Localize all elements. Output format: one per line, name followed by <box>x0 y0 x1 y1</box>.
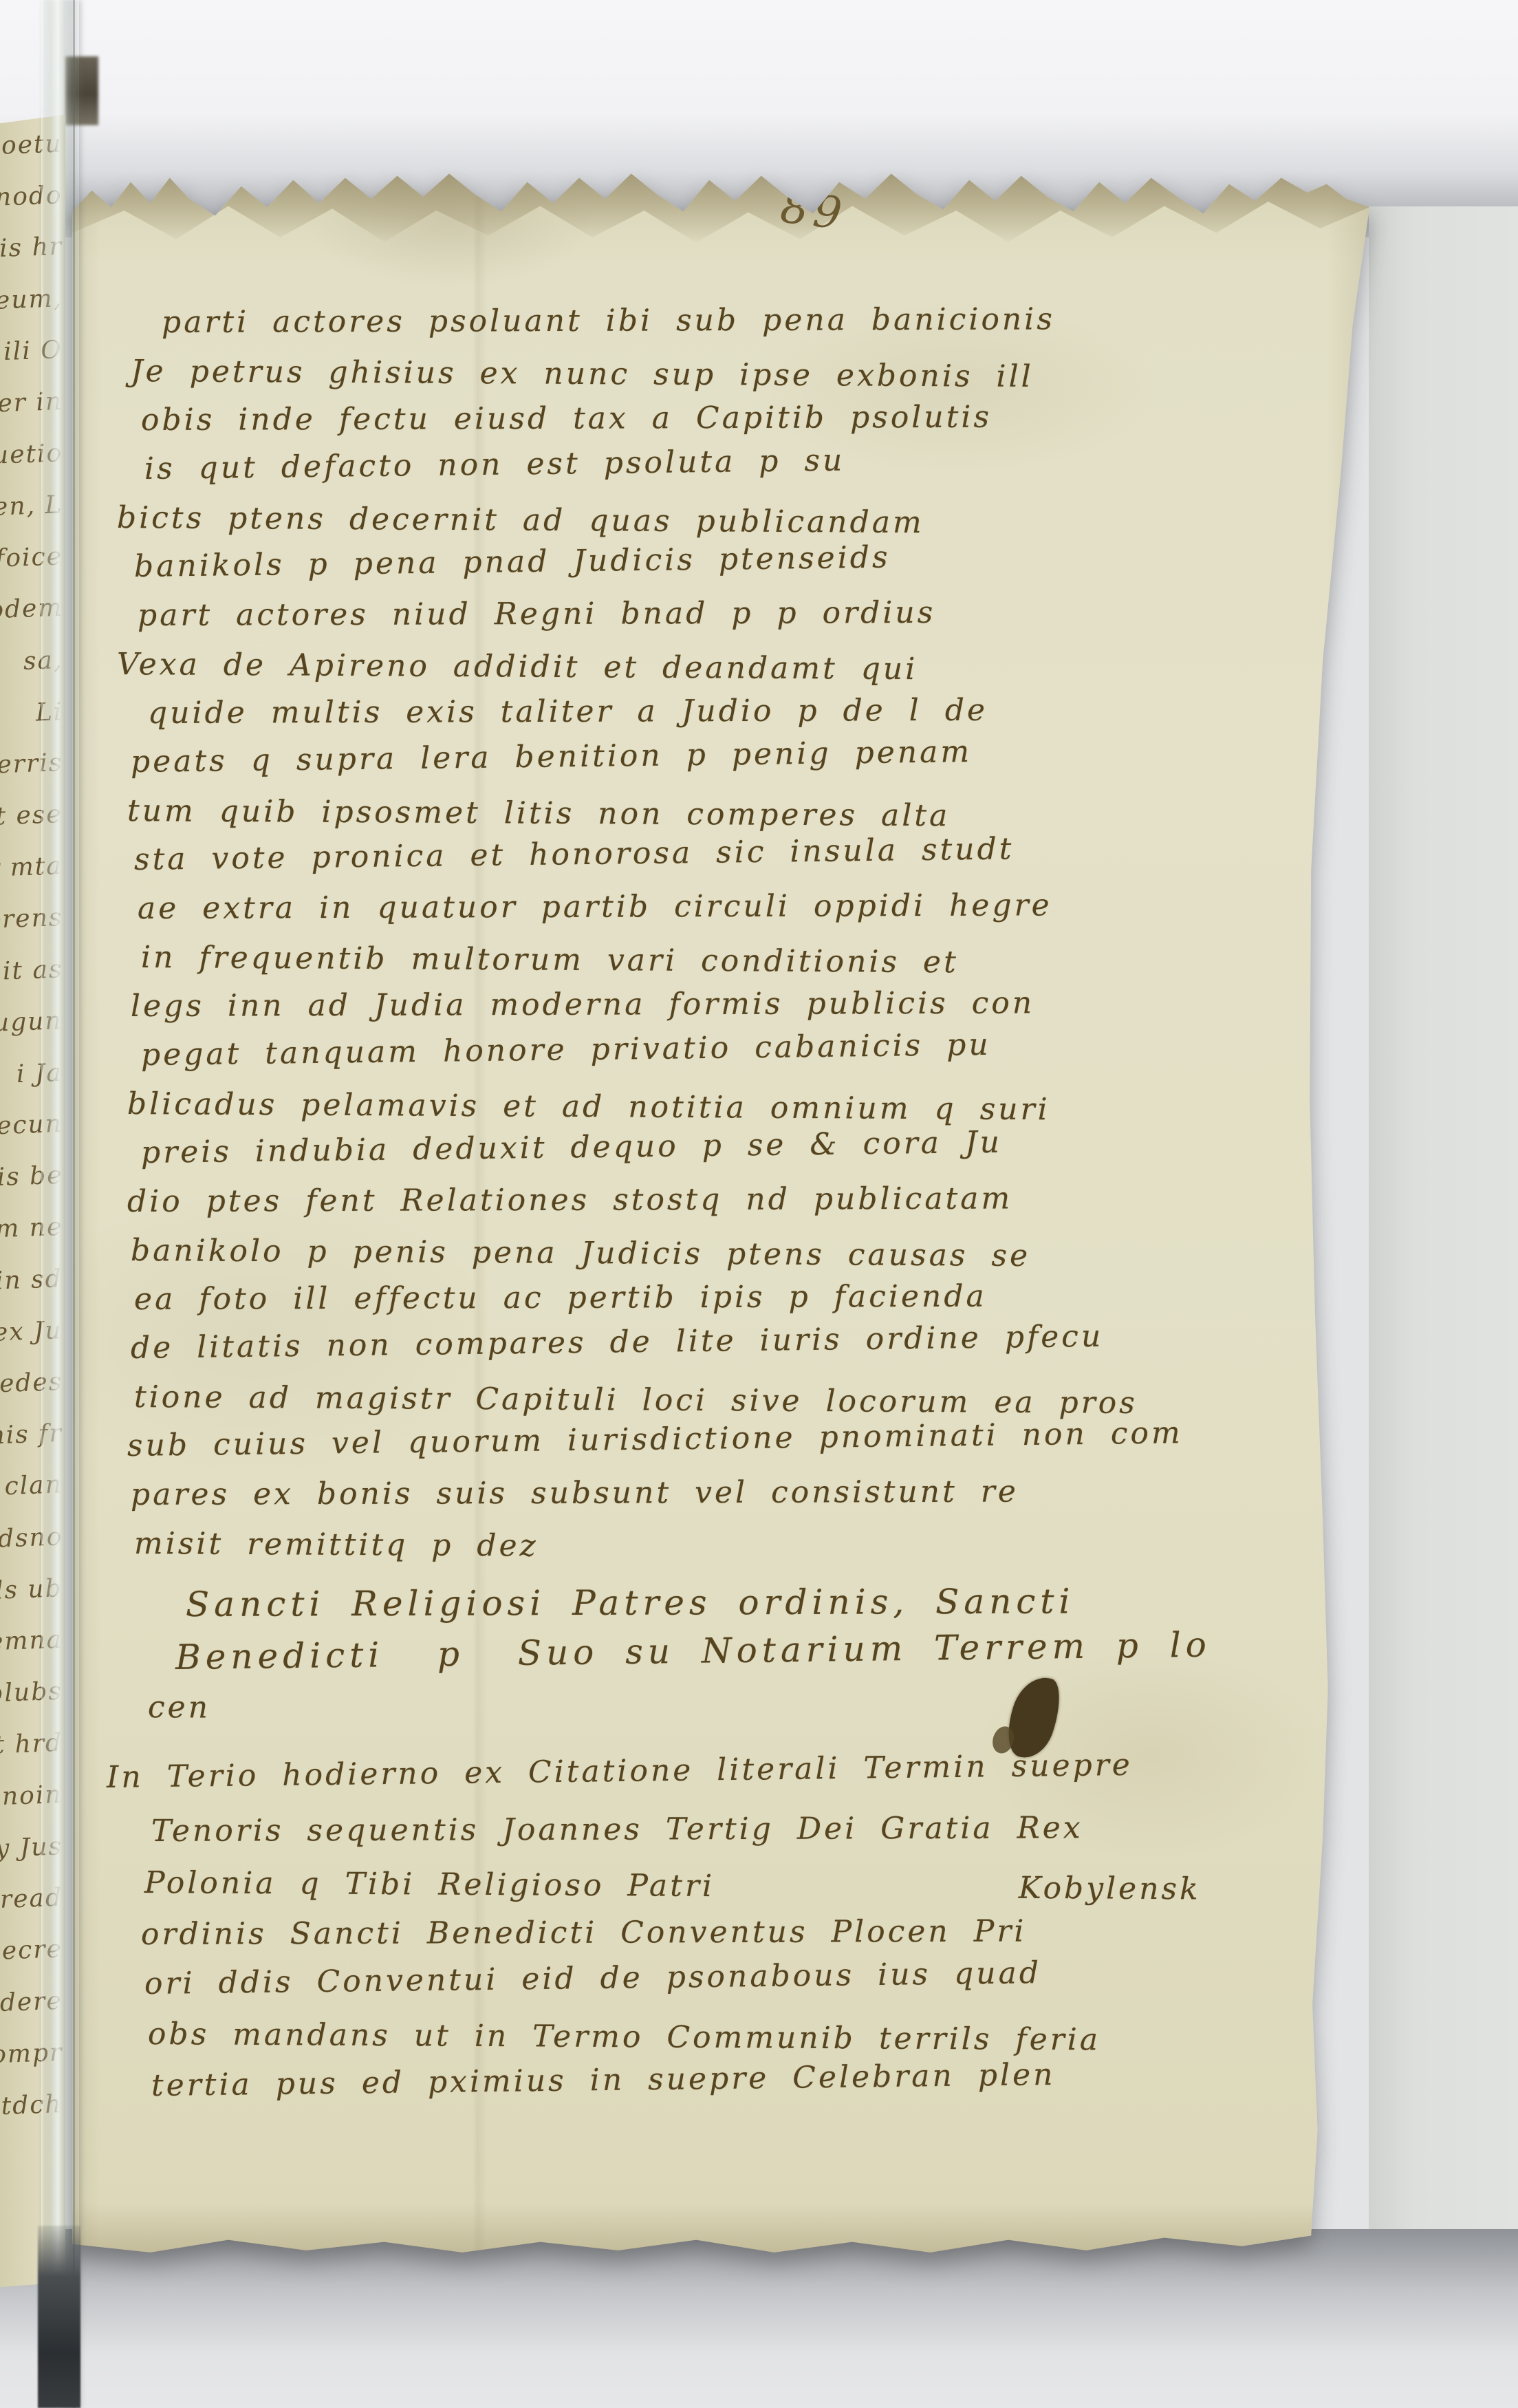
manuscript-photo: { "colors": { "backdrop": "#e3e4e6", "ba… <box>0 0 1518 2408</box>
manuscript-line: blicadus pelamavis et ad notitia omnium … <box>127 1086 1050 1127</box>
manuscript-line: cen <box>148 1690 210 1726</box>
manuscript-line: tertia pus ed pximius in suepre Celebran… <box>151 2057 1056 2103</box>
manuscript-line: in frequentib multorum vari conditionis … <box>141 940 959 980</box>
manuscript-line: pegat tanquam honore privatio cabanicis … <box>141 1027 991 1073</box>
manuscript-line: In Terio hodierno ex Citatione literali … <box>107 1748 1133 1795</box>
manuscript-line: tione ad magistr Capituli loci sive loco… <box>134 1379 1138 1421</box>
manuscript-text: parti actores psoluant ibi sub pena bani… <box>72 157 1372 2257</box>
manuscript-line: de litatis non compares de lite iuris or… <box>131 1319 1104 1366</box>
manuscript-page-wrap: 89 parti actores psoluant ibi sub pena b… <box>72 157 1372 2257</box>
manuscript-line: preis indubia deduxit dequo p se & cora … <box>141 1125 1002 1170</box>
manuscript-line: quide multis exis taliter a Judio p de l… <box>148 693 988 731</box>
manuscript-line: pares ex bonis suis subsunt vel consistu… <box>131 1474 1019 1512</box>
glass-plate-edge <box>41 0 79 2408</box>
manuscript-line: ordinis Sancti Benedicti Conventus Ploce… <box>141 1914 1027 1952</box>
manuscript-line: part actores niud Regni bnad p p ordius <box>138 595 935 633</box>
manuscript-line: ae extra in quatuor partib circuli oppid… <box>138 888 1052 926</box>
manuscript-line: Sancti Religiosi Patres ordinis, Sancti <box>186 1581 1075 1624</box>
manuscript-line: sub cuius vel quorum iurisdictione pnomi… <box>127 1415 1183 1463</box>
manuscript-line: banikols p pena pnad Judicis ptenseids <box>134 540 891 584</box>
manuscript-line: tum quib ipsosmet litis non comperes alt… <box>127 793 951 833</box>
manuscript-line: Je petrus ghisius ex nunc sup ipse exbon… <box>131 354 1034 394</box>
manuscript-line: obis inde fectu eiusd tax a Capitib psol… <box>141 400 992 438</box>
manuscript-line: is qut defacto non est psoluta p su <box>144 443 845 486</box>
glass-plate-edge-dark-bottom <box>38 2226 80 2408</box>
manuscript-line: bicts ptens decernit ad quas publicandam <box>117 500 924 540</box>
manuscript-line: Tenoris sequentis Joannes Tertig Dei Gra… <box>151 1810 1083 1849</box>
manuscript-line: Vexa de Apireno addidit et deandamt qui <box>117 647 918 687</box>
manuscript-line: ea foto ill effectu ac pertib ipis p fac… <box>134 1279 987 1317</box>
manuscript-line: legs inn ad Judia moderna formis publici… <box>131 985 1034 1024</box>
manuscript-line: obs mandans ut in Termo Communib terrils… <box>148 2017 1100 2057</box>
manuscript-line: peats q supra lera benition p penig pena… <box>131 734 973 780</box>
manuscript-line: dio ptes fent Relationes stostq nd publi… <box>127 1181 1012 1219</box>
manuscript-line: misit remittitq p dez <box>134 1526 539 1564</box>
backdrop-right-area <box>1369 206 1518 2264</box>
manuscript-line: Benedicti p Suo su Notarium Terrem p lo <box>175 1625 1212 1677</box>
manuscript-line: sta vote pronica et honorosa sic insula … <box>134 831 1015 877</box>
manuscript-line: ori ddis Conventui eid de psonabous ius … <box>144 1955 1042 2001</box>
manuscript-line: parti actores psoluant ibi sub pena bani… <box>162 301 1055 340</box>
manuscript-page: 89 parti actores psoluant ibi sub pena b… <box>72 157 1372 2257</box>
manuscript-line: banikolo p penis pena Judicis ptens caus… <box>131 1233 1030 1273</box>
manuscript-line: Polonia q Tibi Religioso Patri Kobylensk <box>144 1865 1201 1906</box>
